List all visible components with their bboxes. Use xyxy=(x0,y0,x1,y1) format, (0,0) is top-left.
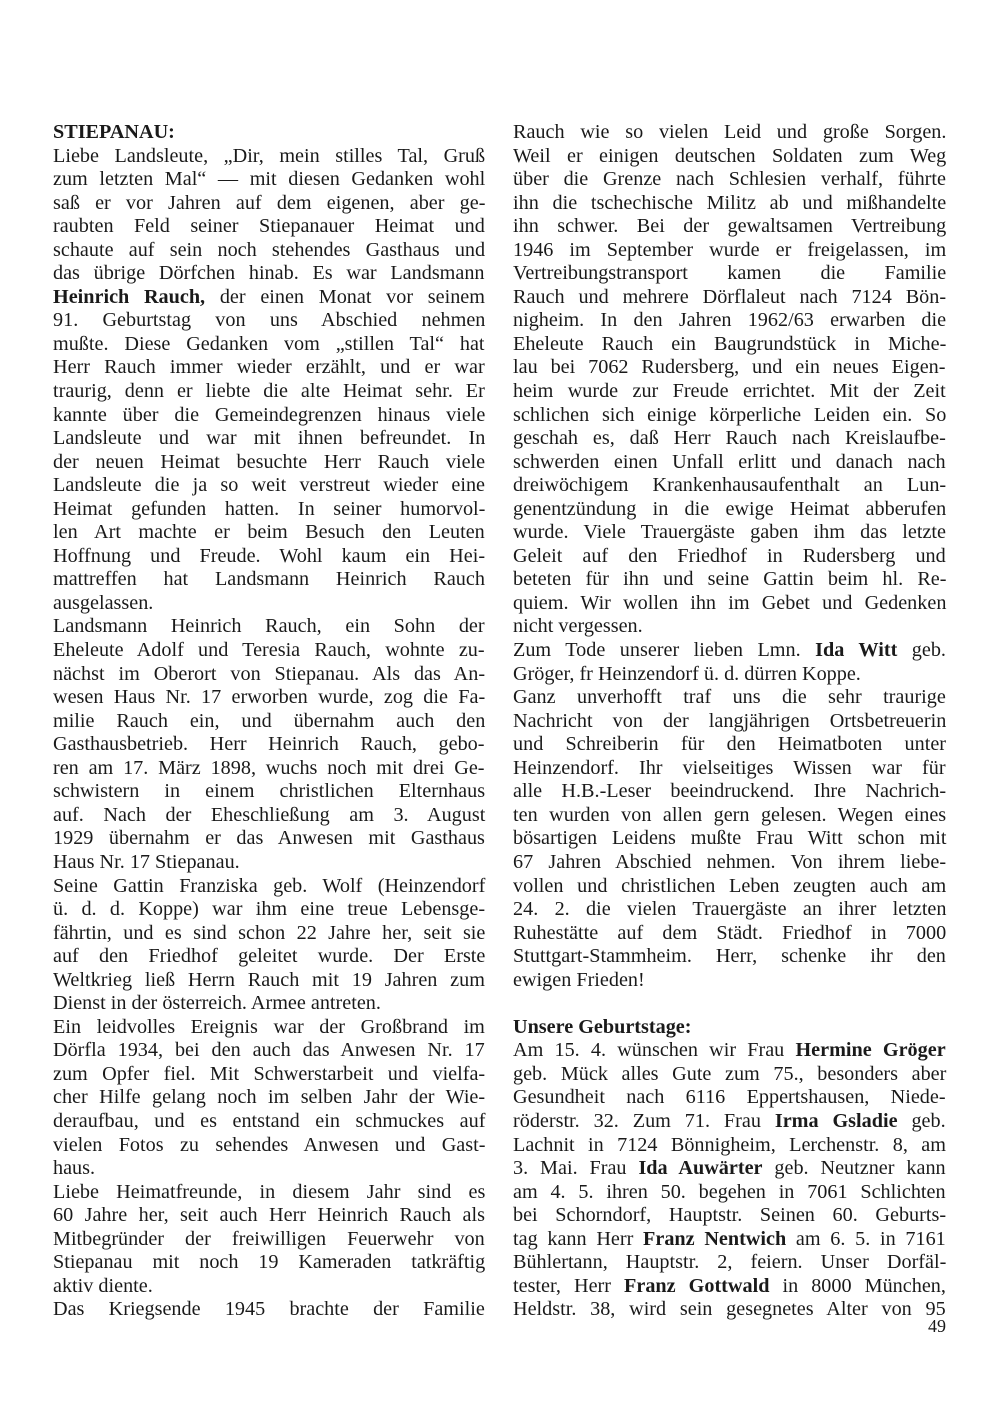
text-line: 60 Jahre her, seit auch Herr Heinrich Ra… xyxy=(53,1204,485,1228)
text-run: geb. xyxy=(898,1110,946,1132)
text-run: geb. Neutzner kann xyxy=(763,1157,946,1179)
text-line: raubten Feld seiner Stiepanauer Heimat u… xyxy=(53,215,485,239)
text-line: schwerden einen Unfall erlitt und danach… xyxy=(513,451,946,475)
text-line: Ein leidvolles Ereignis war der Großbran… xyxy=(53,1016,485,1040)
text-run: 91. Geburtstag von uns Abschied nehmen xyxy=(53,309,485,331)
text-line: tester, Herr Franz Gottwald in 8000 Münc… xyxy=(513,1275,946,1299)
text-line: traurig, denn er liebte die alte Heimat … xyxy=(53,380,485,404)
text-line: Hoffnung und Freude. Wohl kaum ein Hei- xyxy=(53,545,485,569)
text-line: Das Kriegsende 1945 brachte der Familie xyxy=(53,1298,485,1322)
text-run: Weltkrieg ließ Herrn Rauch mit 19 Jahren… xyxy=(53,969,485,991)
text-line: der neuen Heimat besuchte Herr Rauch vie… xyxy=(53,451,485,475)
text-run: zum Opfer fiel. Mit Schwerstarbeit und v… xyxy=(53,1063,485,1085)
text-run: Geleit auf den Friedhof in Rudersberg un… xyxy=(513,545,946,567)
text-run: nächst im Oberort von Stiepanau. Als das… xyxy=(53,663,485,685)
text-line: Mitbegründer der freiwilligen Feuerwehr … xyxy=(53,1228,485,1252)
text-line: am 4. 5. ihren 50. begehen in 7061 Schli… xyxy=(513,1181,946,1205)
text-run: Gasthausbetrieb. Herr Heinrich Rauch, ge… xyxy=(53,733,485,755)
text-line: wesen Haus Nr. 17 erworben wurde, zog di… xyxy=(53,686,485,710)
text-line: ausgelassen. xyxy=(53,592,485,616)
text-run: haus. xyxy=(53,1157,95,1179)
text-run: Eheleute Adolf und Teresia Rauch, wohnte… xyxy=(53,639,485,661)
text-run: fährtin, und es sind schon 22 Jahre her,… xyxy=(53,922,485,944)
text-run: auf. Nach der Eheschließung am 3. August xyxy=(53,804,485,826)
bold-name: Unsere Geburtstage: xyxy=(513,1016,691,1038)
text-run: Am 15. 4. wünschen wir Frau xyxy=(513,1039,795,1061)
text-run: Seine Gattin Franziska geb. Wolf (Heinze… xyxy=(53,875,485,897)
text-line: 91. Geburtstag von uns Abschied nehmen xyxy=(53,309,485,333)
text-line: wurde. Viele Trauergäste gaben ihm das l… xyxy=(513,521,946,545)
text-line: beteten für ihn und seine Gattin beim hl… xyxy=(513,568,946,592)
bold-name: Franz Gottwald xyxy=(624,1275,769,1297)
text-run: 24. 2. die vielen Trauergäste an ihrer l… xyxy=(513,898,946,920)
text-line: auf. Nach der Eheschließung am 3. August xyxy=(53,804,485,828)
text-line: Rauch und mehrere Dörflaleut nach 7124 B… xyxy=(513,286,946,310)
text-run: 60 Jahre her, seit auch Herr Heinrich Ra… xyxy=(53,1204,485,1226)
text-line: schaute auf sein noch stehendes Gasthaus… xyxy=(53,239,485,263)
text-line: Gasthausbetrieb. Herr Heinrich Rauch, ge… xyxy=(53,733,485,757)
text-run: mußte. Diese Gedanken vom „stillen Tal“ … xyxy=(53,333,485,355)
text-line: ihn die tschechische Militz ab und mißha… xyxy=(513,192,946,216)
text-run: Rauch und mehrere Dörflaleut nach 7124 B… xyxy=(513,286,946,308)
text-run: ü. d. d. Koppe) war ihm eine treue Leben… xyxy=(53,898,485,920)
text-line: Stuttgart-Stammheim. Herr, schenke ihr d… xyxy=(513,945,946,969)
text-line: Dörfla 1934, bei den auch das Anwesen Nr… xyxy=(53,1039,485,1063)
text-run: aktiv diente. xyxy=(53,1275,153,1297)
text-run: Stiepanau mit noch 19 Kameraden tatkräft… xyxy=(53,1251,485,1273)
text-run: vollen und christlichen Leben zeugten au… xyxy=(513,875,946,897)
text-run: Weil er einigen deutschen Soldaten zum W… xyxy=(513,145,946,167)
bold-name: Heinrich Rauch, xyxy=(53,286,205,308)
text-line: 24. 2. die vielen Trauergäste an ihrer l… xyxy=(513,898,946,922)
text-run: tag kann Herr xyxy=(513,1228,643,1250)
text-line: Lachnit in 7124 Bönnigheim, Lerchenstr. … xyxy=(513,1134,946,1158)
text-run: 1946 im September wurde er freigelassen,… xyxy=(513,239,946,261)
text-line: geschah es, daß Herr Rauch nach Kreislau… xyxy=(513,427,946,451)
text-line: Liebe Heimatfreunde, in diesem Jahr sind… xyxy=(53,1181,485,1205)
text-run: alle H.B.-Leser beeindruckend. Ihre Nach… xyxy=(513,780,946,802)
text-run: Landsleute die ja so weit verstreut wied… xyxy=(53,474,485,496)
text-line: Geleit auf den Friedhof in Rudersberg un… xyxy=(513,545,946,569)
text-run: 3. Mai. Frau xyxy=(513,1157,638,1179)
text-run: lau bei 7062 Rudersberg, und ein neues E… xyxy=(513,356,946,378)
text-line: zum Opfer fiel. Mit Schwerstarbeit und v… xyxy=(53,1063,485,1087)
text-line: tag kann Herr Franz Nentwich am 6. 5. in… xyxy=(513,1228,946,1252)
text-run: bösartigen Leidens mußte Frau Witt schon… xyxy=(513,827,946,849)
text-line: vollen und christlichen Leben zeugten au… xyxy=(513,875,946,899)
text-run: quiem. Wir wollen ihn im Gebet und Geden… xyxy=(513,592,946,614)
text-line: 1929 übernahm er das Anwesen mit Gasthau… xyxy=(53,827,485,851)
text-line: geb. Mück alles Gute zum 75., besonders … xyxy=(513,1063,946,1087)
text-run: am 6. 5. in 7161 xyxy=(786,1228,946,1250)
text-line: Haus Nr. 17 Stiepanau. xyxy=(53,851,485,875)
text-run: schwerden einen Unfall erlitt und danach… xyxy=(513,451,946,473)
text-line: ewigen Frieden! xyxy=(513,969,946,993)
text-run: auf den Friedhof geleitet wurde. Der Ers… xyxy=(53,945,485,967)
text-run: ihn die tschechische Militz ab und mißha… xyxy=(513,192,946,214)
text-line: nigheim. In den Jahren 1962/63 erwarben … xyxy=(513,309,946,333)
text-line: Liebe Landsleute, „Dir, mein stilles Tal… xyxy=(53,145,485,169)
text-line: röderstr. 32. Zum 71. Frau Irma Gsladie … xyxy=(513,1110,946,1134)
section-heading-stiepanau: STIEPANAU: xyxy=(53,121,485,145)
blank-line xyxy=(513,992,946,1016)
text-run: Herr Rauch immer wieder erzählt, und er … xyxy=(53,356,485,378)
text-run: len Art machte er beim Besuch den Leuten xyxy=(53,521,485,543)
text-line: 1946 im September wurde er freigelassen,… xyxy=(513,239,946,263)
text-run: saß er vor Jahren auf dem eigenen, aber … xyxy=(53,192,485,214)
text-line: milie Rauch ein, und übernahm auch den xyxy=(53,710,485,734)
text-run: Bühlertann, Hauptstr. 2, feiern. Unser D… xyxy=(513,1251,946,1273)
text-line: Vertreibungstransport kamen die Familie xyxy=(513,262,946,286)
text-run: ren am 17. März 1898, wuchs noch mit dre… xyxy=(53,757,485,779)
text-line: Gröger, fr Heinzendorf ü. d. dürren Kopp… xyxy=(513,663,946,687)
text-line: saß er vor Jahren auf dem eigenen, aber … xyxy=(53,192,485,216)
text-line: 67 Jahren Abschied nehmen. Von ihrem lie… xyxy=(513,851,946,875)
text-line: Unsere Geburtstage: xyxy=(513,1016,946,1040)
text-run: traurig, denn er liebte die alte Heimat … xyxy=(53,380,485,402)
text-run: Landsleute und war mit ihnen befreundet.… xyxy=(53,427,485,449)
text-line: lau bei 7062 Rudersberg, und ein neues E… xyxy=(513,356,946,380)
text-run: ten wurden von allen gern gelesen. Wegen… xyxy=(513,804,946,826)
text-run: vielen Fotos zu sehendes Anwesen und Gas… xyxy=(53,1134,485,1156)
text-line: Stiepanau mit noch 19 Kameraden tatkräft… xyxy=(53,1251,485,1275)
text-run: und Schreiberin für den Heimatboten unte… xyxy=(513,733,946,755)
text-line: über die Grenze nach Schlesien verhalf, … xyxy=(513,168,946,192)
text-line: quiem. Wir wollen ihn im Gebet und Geden… xyxy=(513,592,946,616)
text-run: der neuen Heimat besuchte Herr Rauch vie… xyxy=(53,451,485,473)
text-run: der einen Monat vor seinem xyxy=(205,286,485,308)
text-line: fährtin, und es sind schon 22 Jahre her,… xyxy=(53,922,485,946)
text-line: Eheleute Rauch ein Baugrundstück in Mich… xyxy=(513,333,946,357)
text-line: bösartigen Leidens mußte Frau Witt schon… xyxy=(513,827,946,851)
text-run: Nachricht von der langjährigen Ortsbetre… xyxy=(513,710,946,732)
text-run: Landsmann Heinrich Rauch, ein Sohn der xyxy=(53,615,485,637)
text-run: cher Hilfe gelang noch im selben Jahr de… xyxy=(53,1086,485,1108)
text-line: zum letzten Mal“ — mit diesen Gedanken w… xyxy=(53,168,485,192)
text-run: zum letzten Mal“ — mit diesen Gedanken w… xyxy=(53,168,485,190)
text-run: ausgelassen. xyxy=(53,592,153,614)
text-line: Landsleute und war mit ihnen befreundet.… xyxy=(53,427,485,451)
text-run: mattreffen hat Landsmann Heinrich Rauch xyxy=(53,568,485,590)
text-line: Landsleute die ja so weit verstreut wied… xyxy=(53,474,485,498)
bold-name: Franz Nentwich xyxy=(643,1228,786,1250)
text-line: schwistern in einem christlichen Elternh… xyxy=(53,780,485,804)
text-line: das übrige Dörfchen hinab. Es war Landsm… xyxy=(53,262,485,286)
text-run: genentzündung in die ewige Heimat abberu… xyxy=(513,498,946,520)
text-run: Gesundheit nach 6116 Eppertshausen, Nied… xyxy=(513,1086,946,1108)
text-line: Rauch wie so vielen Leid und große Sorge… xyxy=(513,121,946,145)
text-line: Heldstr. 38, wird sein gesegnetes Alter … xyxy=(513,1298,946,1322)
text-run: Heinzendorf. Ihr vielseitiges Wissen war… xyxy=(513,757,946,779)
text-line: alle H.B.-Leser beeindruckend. Ihre Nach… xyxy=(513,780,946,804)
text-run: Liebe Heimatfreunde, in diesem Jahr sind… xyxy=(53,1181,485,1203)
text-run: bei Schorndorf, Hauptstr. Seinen 60. Geb… xyxy=(513,1204,946,1226)
text-run: geb. Mück alles Gute zum 75., besonders … xyxy=(513,1063,946,1085)
text-run: Heldstr. 38, wird sein gesegnetes Alter … xyxy=(513,1298,946,1320)
text-run: Vertreibungstransport kamen die Familie xyxy=(513,262,946,284)
text-line: Heinrich Rauch, der einen Monat vor sein… xyxy=(53,286,485,310)
text-line: ihn schwer. Bei der gewaltsamen Vertreib… xyxy=(513,215,946,239)
text-run: Ruhestätte auf dem Städt. Friedhof in 70… xyxy=(513,922,946,944)
text-line: vielen Fotos zu sehendes Anwesen und Gas… xyxy=(53,1134,485,1158)
text-line: ren am 17. März 1898, wuchs noch mit dre… xyxy=(53,757,485,781)
text-run: Rauch wie so vielen Leid und große Sorge… xyxy=(513,121,946,143)
text-line: mußte. Diese Gedanken vom „stillen Tal“ … xyxy=(53,333,485,357)
text-line: ü. d. d. Koppe) war ihm eine treue Leben… xyxy=(53,898,485,922)
text-run: schlichen sich einige körperliche Leiden… xyxy=(513,404,946,426)
left-column: STIEPANAU: Liebe Landsleute, „Dir, mein … xyxy=(53,121,485,1322)
text-line: nicht vergessen. xyxy=(513,615,946,639)
text-line: aktiv diente. xyxy=(53,1275,485,1299)
text-line: 3. Mai. Frau Ida Auwärter geb. Neutzner … xyxy=(513,1157,946,1181)
text-line: schlichen sich einige körperliche Leiden… xyxy=(513,404,946,428)
text-line: genentzündung in die ewige Heimat abberu… xyxy=(513,498,946,522)
text-line: Heinzendorf. Ihr vielseitiges Wissen war… xyxy=(513,757,946,781)
text-line: nächst im Oberort von Stiepanau. Als das… xyxy=(53,663,485,687)
text-run: Stuttgart-Stammheim. Herr, schenke ihr d… xyxy=(513,945,946,967)
text-line: heim wurde zur Freude errichtet. Mit der… xyxy=(513,380,946,404)
text-run: Liebe Landsleute, „Dir, mein stilles Tal… xyxy=(53,145,485,167)
text-run: Ganz unverhofft traf uns die sehr trauri… xyxy=(513,686,946,708)
text-run: Hoffnung und Freude. Wohl kaum ein Hei- xyxy=(53,545,485,567)
text-line: Ganz unverhofft traf uns die sehr trauri… xyxy=(513,686,946,710)
text-run: Mitbegründer der freiwilligen Feuerwehr … xyxy=(53,1228,485,1250)
text-line: Landsmann Heinrich Rauch, ein Sohn der xyxy=(53,615,485,639)
text-run: deraufbau, und es entstand ein schmuckes… xyxy=(53,1110,485,1132)
text-line: mattreffen hat Landsmann Heinrich Rauch xyxy=(53,568,485,592)
text-run: Gröger, fr Heinzendorf ü. d. dürren Kopp… xyxy=(513,663,861,685)
text-line: Herr Rauch immer wieder erzählt, und er … xyxy=(53,356,485,380)
text-run: raubten Feld seiner Stiepanauer Heimat u… xyxy=(53,215,485,237)
text-run: beteten für ihn und seine Gattin beim hl… xyxy=(513,568,946,590)
text-run: ihn schwer. Bei der gewaltsamen Vertreib… xyxy=(513,215,946,237)
right-column: Rauch wie so vielen Leid und große Sorge… xyxy=(513,121,946,1322)
text-run: am 4. 5. ihren 50. begehen in 7061 Schli… xyxy=(513,1181,946,1203)
text-line: Zum Tode unserer lieben Lmn. Ida Witt ge… xyxy=(513,639,946,663)
text-run: röderstr. 32. Zum 71. Frau xyxy=(513,1110,775,1132)
text-run: nicht vergessen. xyxy=(513,615,643,637)
text-run: Heimat gefunden hatten. In seiner humorv… xyxy=(53,498,485,520)
text-line: Eheleute Adolf und Teresia Rauch, wohnte… xyxy=(53,639,485,663)
text-run: milie Rauch ein, und übernahm auch den xyxy=(53,710,485,732)
text-line: Weil er einigen deutschen Soldaten zum W… xyxy=(513,145,946,169)
text-line: haus. xyxy=(53,1157,485,1181)
text-run: Dienst in der österreich. Armee antreten… xyxy=(53,992,381,1014)
text-line: bei Schorndorf, Hauptstr. Seinen 60. Geb… xyxy=(513,1204,946,1228)
text-line: Heimat gefunden hatten. In seiner humorv… xyxy=(53,498,485,522)
text-run: Dörfla 1934, bei den auch das Anwesen Nr… xyxy=(53,1039,485,1061)
text-run: 1929 übernahm er das Anwesen mit Gasthau… xyxy=(53,827,485,849)
text-run: über die Grenze nach Schlesien verhalf, … xyxy=(513,168,946,190)
text-run: 67 Jahren Abschied nehmen. Von ihrem lie… xyxy=(513,851,946,873)
text-line: auf den Friedhof geleitet wurde. Der Ers… xyxy=(53,945,485,969)
bold-name: Ida Witt xyxy=(815,639,897,661)
text-run: schwistern in einem christlichen Elternh… xyxy=(53,780,485,802)
text-run: dreiwöchigem Krankenhausaufenthalt an Lu… xyxy=(513,474,946,496)
text-run: Haus Nr. 17 Stiepanau. xyxy=(53,851,240,873)
text-line: ten wurden von allen gern gelesen. Wegen… xyxy=(513,804,946,828)
text-line: Bühlertann, Hauptstr. 2, feiern. Unser D… xyxy=(513,1251,946,1275)
text-run: heim wurde zur Freude errichtet. Mit der… xyxy=(513,380,946,402)
text-run: tester, Herr xyxy=(513,1275,624,1297)
text-line: Nachricht von der langjährigen Ortsbetre… xyxy=(513,710,946,734)
text-line: kannte über die Gemeindegrenzen hinaus v… xyxy=(53,404,485,428)
right-column-body: Rauch wie so vielen Leid und große Sorge… xyxy=(513,121,946,1322)
text-run: Lachnit in 7124 Bönnigheim, Lerchenstr. … xyxy=(513,1134,946,1156)
text-line: Gesundheit nach 6116 Eppertshausen, Nied… xyxy=(513,1086,946,1110)
text-run: Zum Tode unserer lieben Lmn. xyxy=(513,639,815,661)
text-line: len Art machte er beim Besuch den Leuten xyxy=(53,521,485,545)
bold-name: Hermine Gröger xyxy=(795,1039,945,1061)
page-number: 49 xyxy=(928,1316,946,1337)
text-line: deraufbau, und es entstand ein schmuckes… xyxy=(53,1110,485,1134)
text-line: Dienst in der österreich. Armee antreten… xyxy=(53,992,485,1016)
text-run: wurde. Viele Trauergäste gaben ihm das l… xyxy=(513,521,946,543)
text-line: Ruhestätte auf dem Städt. Friedhof in 70… xyxy=(513,922,946,946)
text-line: Am 15. 4. wünschen wir Frau Hermine Grög… xyxy=(513,1039,946,1063)
text-line: Seine Gattin Franziska geb. Wolf (Heinze… xyxy=(53,875,485,899)
text-run: Das Kriegsende 1945 brachte der Familie xyxy=(53,1298,485,1320)
text-run: das übrige Dörfchen hinab. Es war Landsm… xyxy=(53,262,485,284)
text-run: ewigen Frieden! xyxy=(513,969,645,991)
text-run: Ein leidvolles Ereignis war der Großbran… xyxy=(53,1016,485,1038)
bold-name: Irma Gsladie xyxy=(775,1110,898,1132)
text-run: in 8000 München, xyxy=(769,1275,946,1297)
text-line: dreiwöchigem Krankenhausaufenthalt an Lu… xyxy=(513,474,946,498)
bold-name: Ida Auwärter xyxy=(638,1157,762,1179)
text-run: schaute auf sein noch stehendes Gasthaus… xyxy=(53,239,485,261)
text-run: kannte über die Gemeindegrenzen hinaus v… xyxy=(53,404,485,426)
text-run: geschah es, daß Herr Rauch nach Kreislau… xyxy=(513,427,946,449)
text-line: und Schreiberin für den Heimatboten unte… xyxy=(513,733,946,757)
text-run: Eheleute Rauch ein Baugrundstück in Mich… xyxy=(513,333,946,355)
text-run: nigheim. In den Jahren 1962/63 erwarben … xyxy=(513,309,946,331)
text-line: Weltkrieg ließ Herrn Rauch mit 19 Jahren… xyxy=(53,969,485,993)
text-run: wesen Haus Nr. 17 erworben wurde, zog di… xyxy=(53,686,485,708)
text-run: geb. xyxy=(897,639,946,661)
text-line: cher Hilfe gelang noch im selben Jahr de… xyxy=(53,1086,485,1110)
left-column-body: Liebe Landsleute, „Dir, mein stilles Tal… xyxy=(53,145,485,1322)
